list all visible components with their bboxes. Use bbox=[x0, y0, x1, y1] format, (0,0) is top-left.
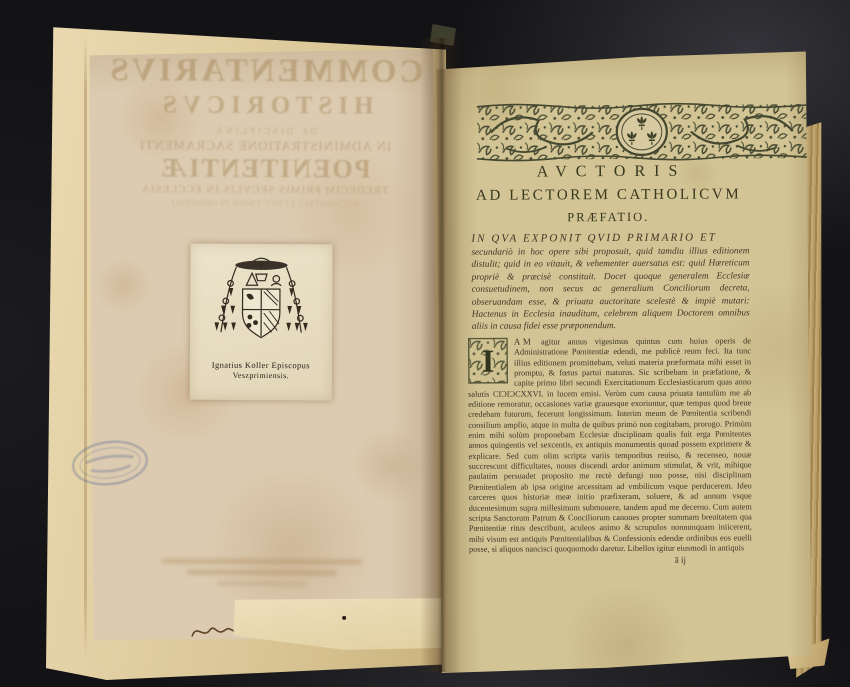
showthrough-line: OCCIDENTALI, ET HVC VSQVE IN ORIENTALI bbox=[89, 199, 441, 209]
headband-tab bbox=[430, 24, 456, 46]
armorial-bookplate: Ignatius Koller Episcopus Veszprimiensis… bbox=[190, 244, 333, 401]
preface-body-text: I AM agitur annus vigesimus quintus cum … bbox=[468, 335, 752, 566]
argument-lead-line: IN QVA EXPONIT QVID PRIMARIO ET bbox=[471, 231, 749, 244]
showthrough-line: DE DISCIPLINA bbox=[89, 126, 441, 137]
headpiece-ornament bbox=[477, 101, 807, 163]
showthrough-line: COMMENTARIVS bbox=[89, 53, 441, 89]
opening-word: AM bbox=[514, 336, 534, 346]
showthrough-line: HISTORICVS bbox=[89, 92, 441, 120]
photographed-open-book: COMMENTARIVS HISTORICVS DE DISCIPLINA IN… bbox=[0, 0, 850, 687]
left-page: COMMENTARIVS HISTORICVS DE DISCIPLINA IN… bbox=[86, 47, 441, 645]
argument-body: secundariò in hoc opere sibi proposuit, … bbox=[471, 245, 749, 333]
ink-spot bbox=[342, 616, 346, 620]
bookplate-owner-see: Veszprimiensis. bbox=[190, 370, 332, 381]
preface-argument: IN QVA EXPONIT QVID PRIMARIO ET secundar… bbox=[471, 231, 750, 333]
right-page: AVCTORIS AD LECTOREM CATHOLICVM PRÆFATIO… bbox=[436, 49, 811, 673]
showthrough-line: POENITENTIÆ bbox=[89, 154, 441, 183]
title-showthrough-mirrored: COMMENTARIVS HISTORICVS DE DISCIPLINA IN… bbox=[89, 53, 442, 209]
episcopal-coat-of-arms-icon bbox=[205, 248, 318, 361]
svg-text:I: I bbox=[482, 343, 495, 379]
bookplate-owner-name: Ignatius Koller Episcopus bbox=[190, 360, 332, 371]
showthrough-line: IN ADMINISTRATIONE SACRAMENTI bbox=[89, 138, 441, 153]
preface-heading-reader: AD LECTOREM CATHOLICVM bbox=[461, 186, 753, 205]
preface-heading-author: AVCTORIS bbox=[461, 162, 753, 182]
woodcut-initial-icon: I bbox=[468, 338, 508, 384]
library-stamp bbox=[67, 433, 152, 492]
signature-mark: ā ij bbox=[469, 555, 752, 567]
cover-fold-crease bbox=[84, 34, 87, 658]
showthrough-line: TREDECIM PRIMIS SECVLIS IN ECCLESIA bbox=[89, 184, 441, 197]
imprint-showthrough-smudge bbox=[147, 552, 377, 592]
preface-heading-praefatio: PRÆFATIO. bbox=[461, 209, 753, 226]
body-paragraph: agitur annus vigesimus quintus cum huius… bbox=[468, 336, 752, 553]
